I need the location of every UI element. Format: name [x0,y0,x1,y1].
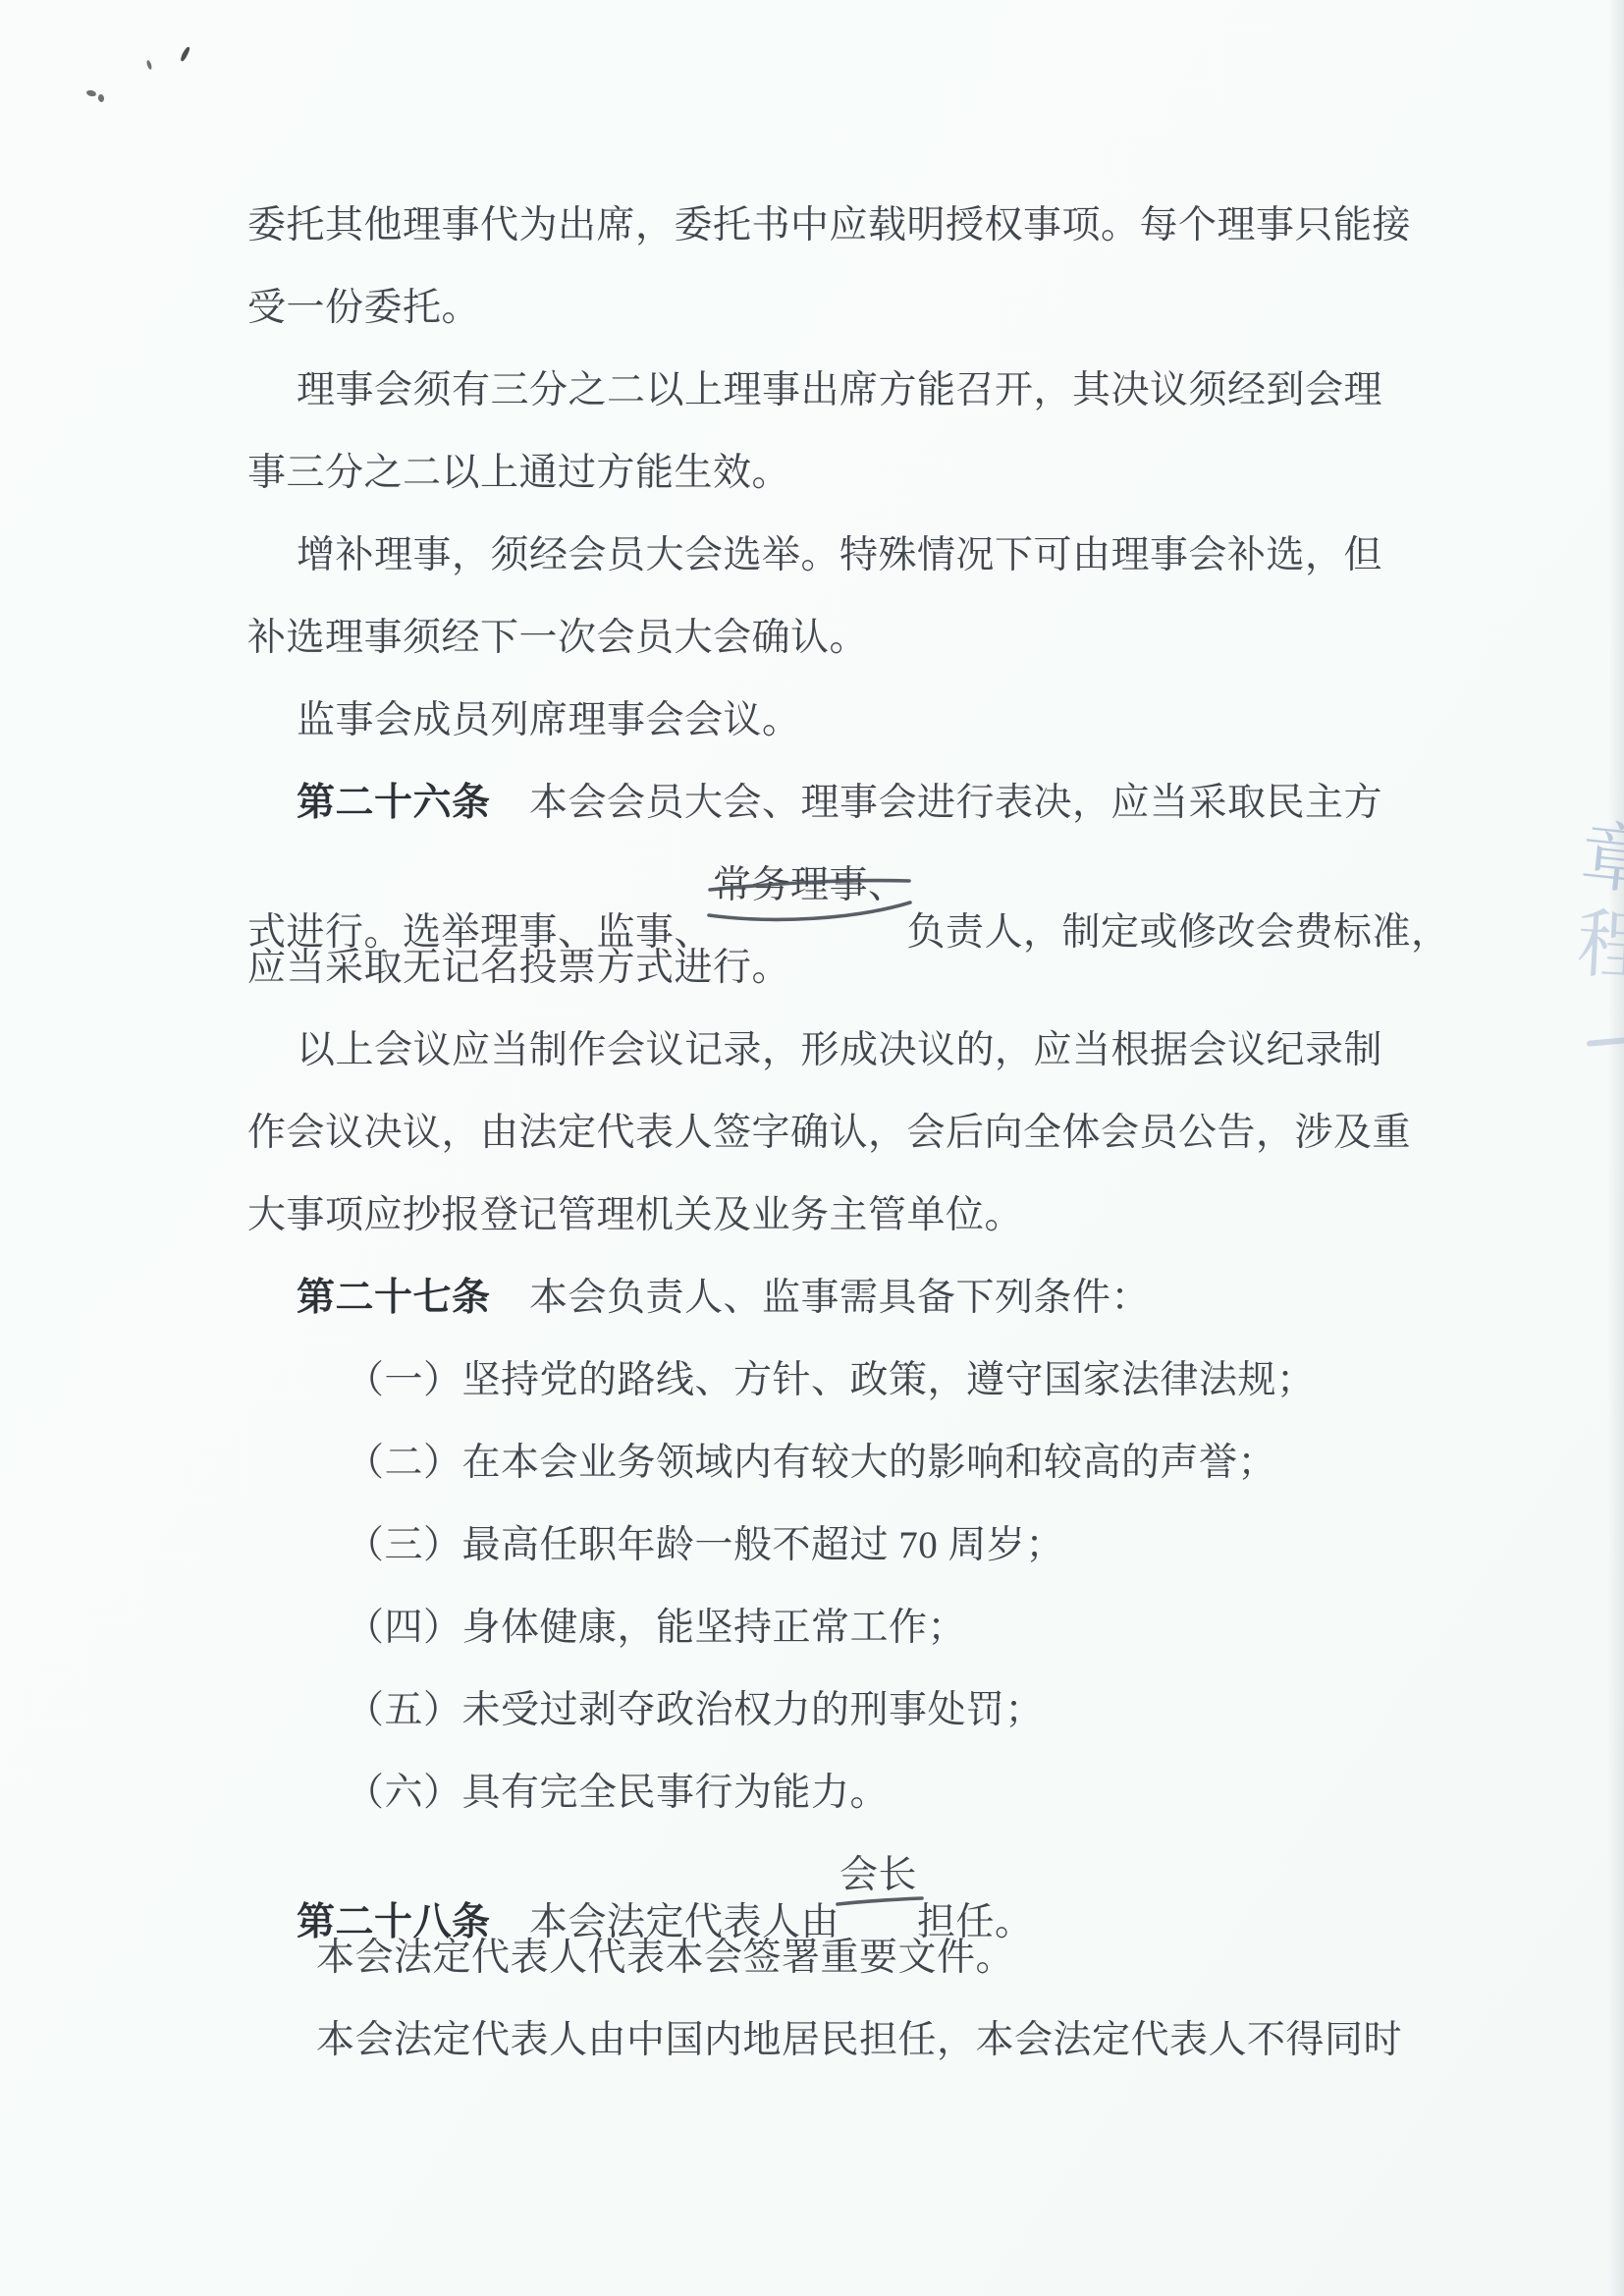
article-number: 第二十七条 [297,1277,491,1319]
line-text: （二）在本会业务领域内有较大的影响和较高的声誉； [346,1442,1276,1484]
line-text: 增补理事，须经会员大会选举。特殊情况下可由理事会补选，但 [297,534,1382,576]
document-line: 事三分之二以上通过方能生效。 [247,450,790,497]
struck-text: 常务理事、 [713,862,907,957]
document-line: （五）未受过剥夺政治权力的刑事处罚； [346,1687,1044,1734]
line-text: （五）未受过剥夺政治权力的刑事处罚； [346,1689,1044,1731]
document-line: 本会法定代表人由中国内地居民担任，本会法定代表人不得同时 [316,2017,1402,2064]
document-line: 第二十八条 本会法定代表人由会长 担任。 [297,1852,1034,1899]
line-text: 事三分之二以上通过方能生效。 [247,452,790,494]
line-text: 补选理事须经下一次会员大会确认。 [247,617,868,659]
line-text: 负责人，制定或修改会费标准， [907,911,1450,954]
document-line: （三）最高任职年龄一般不超过 70 周岁； [346,1522,1064,1569]
line-text: 大事项应抄报登记管理机关及业务主管单位。 [247,1194,1023,1236]
document-line: 以上会议应当制作会议记录，形成决议的，应当根据会议纪录制 [297,1027,1382,1074]
document-page: 章 程 委托其他理事代为出席，委托书中应载明授权事项。每个理事只能接受一份委托。… [0,0,1624,2296]
document-line: 第二十六条 本会会员大会、理事会进行表决，应当采取民主方 [297,780,1382,827]
line-text: 受一份委托。 [247,287,480,329]
document-line: 监事会成员列席理事会会议。 [297,697,801,744]
underlined-text: 会长 [839,1852,917,1946]
document-line: 第二十七条 本会负责人、监事需具备下列条件： [297,1275,1150,1322]
document-line: 受一份委托。 [247,285,480,332]
pen-mark [97,94,104,103]
document-line: 作会议决议，由法定代表人签字确认，会后向全体会员公告，涉及重 [247,1110,1411,1157]
document-line: 大事项应抄报登记管理机关及业务主管单位。 [247,1192,1023,1239]
document-line: 增补理事，须经会员大会选举。特殊情况下可由理事会补选，但 [297,532,1382,579]
line-text: 理事会须有三分之二以上理事出席方能召开，其决议须经到会理 [297,369,1382,411]
line-text: 监事会成员列席理事会会议。 [297,699,801,741]
line-text: 本会法定代表人由中国内地居民担任，本会法定代表人不得同时 [316,2019,1402,2061]
article-number: 第二十六条 [297,782,491,824]
line-text: 应当采取无记名投票方式进行。 [247,947,790,989]
line-text: （六）具有完全民事行为能力。 [346,1772,889,1814]
document-line: 补选理事须经下一次会员大会确认。 [247,615,868,662]
underline-mark [836,1893,924,1909]
line-text: （一）坚持党的路线、方针、政策，遵守国家法律法规； [346,1359,1316,1401]
document-line: 理事会须有三分之二以上理事出席方能召开，其决议须经到会理 [297,367,1382,414]
line-text: 以上会议应当制作会议记录，形成决议的，应当根据会议纪录制 [297,1029,1382,1071]
strikethrough-mark [706,852,914,927]
document-line: 本会法定代表人代表本会签署重要文件。 [316,1935,1014,1982]
line-text: 本会会员大会、理事会进行表决，应当采取民主方 [491,782,1383,824]
pen-mark [85,89,96,97]
line-text: 作会议决议，由法定代表人签字确认，会后向全体会员公告，涉及重 [247,1112,1411,1154]
pen-mark [146,60,153,71]
document-line: （一）坚持党的路线、方针、政策，遵守国家法律法规； [346,1357,1316,1404]
pen-mark [180,46,191,63]
line-text: 本会负责人、监事需具备下列条件： [491,1277,1151,1319]
line-text: （四）身体健康，能坚持正常工作； [346,1607,966,1649]
line-text: （三）最高任职年龄一般不超过 70 周岁； [346,1524,1064,1566]
line-text: 本会法定代表人代表本会签署重要文件。 [316,1937,1014,1979]
document-line: （二）在本会业务领域内有较大的影响和较高的声誉； [346,1440,1276,1487]
line-text: 委托其他理事代为出席，委托书中应载明授权事项。每个理事只能接 [247,204,1411,246]
scan-edge-shadow [1608,0,1624,2296]
document-line: （六）具有完全民事行为能力。 [346,1770,889,1817]
document-line: 委托其他理事代为出席，委托书中应载明授权事项。每个理事只能接 [247,202,1411,249]
document-line: （四）身体健康，能坚持正常工作； [346,1605,966,1652]
document-line: 式进行。选举理事、监事、常务理事、 负责人，制定或修改会费标准， [247,862,1450,909]
document-line: 应当采取无记名投票方式进行。 [247,945,790,992]
